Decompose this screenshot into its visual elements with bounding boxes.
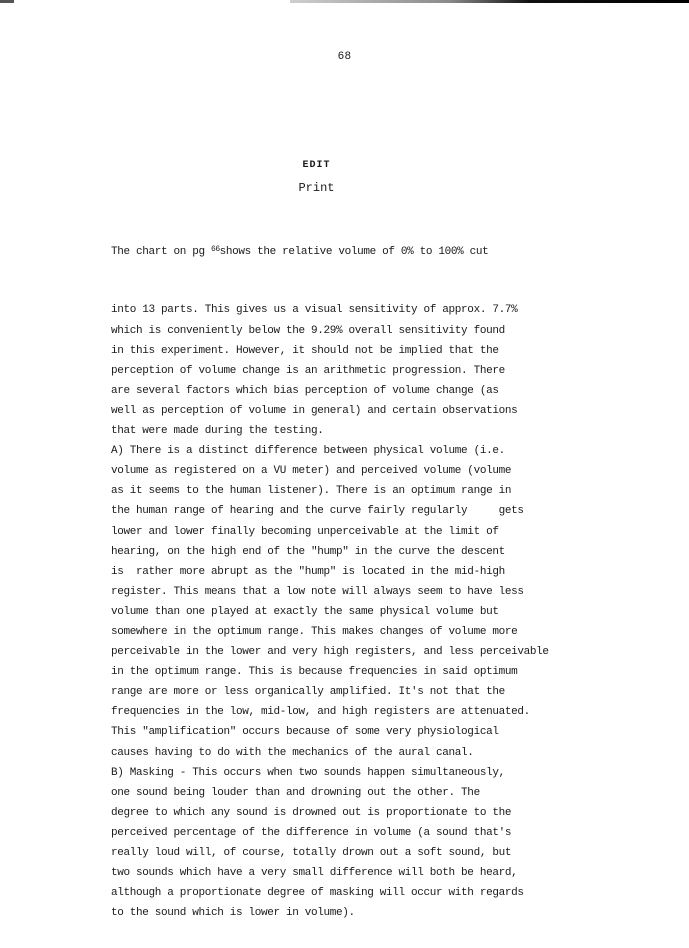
- text-line: really loud will, of course, totally dro…: [111, 843, 581, 863]
- scan-edge-line: [290, 0, 689, 3]
- text-line: frequencies in the low, mid-low, and hig…: [111, 702, 581, 722]
- text-line: into 13 parts. This gives us a visual se…: [111, 300, 581, 320]
- text-line: A) There is a distinct difference betwee…: [111, 441, 581, 461]
- text-line: The chart on pg 66shows the relative vol…: [111, 240, 581, 260]
- text-line: perception of volume change is an arithm…: [111, 361, 581, 381]
- text-line: somewhere in the optimum range. This mak…: [111, 622, 581, 642]
- heading-edit: EDIT: [0, 160, 633, 171]
- text-fragment: The chart on pg: [111, 246, 211, 258]
- text-line: volume as registered on a VU meter) and …: [111, 461, 581, 481]
- text-line: the human range of hearing and the curve…: [111, 501, 581, 521]
- text-line: two sounds which have a very small diffe…: [111, 863, 581, 883]
- text-line: in the optimum range. This is because fr…: [111, 662, 581, 682]
- text-line: to the sound which is lower in volume).: [111, 903, 581, 923]
- text-line: causes having to do with the mechanics o…: [111, 743, 581, 763]
- text-line: one sound being louder than and drowning…: [111, 783, 581, 803]
- text-line: register. This means that a low note wil…: [111, 582, 581, 602]
- text-lines: into 13 parts. This gives us a visual se…: [111, 300, 581, 923]
- heading-print: Print: [0, 181, 633, 195]
- text-line: as it seems to the human listener). Ther…: [111, 481, 581, 501]
- text-line: well as perception of volume in general)…: [111, 401, 581, 421]
- text-line: This "amplification" occurs because of s…: [111, 722, 581, 742]
- text-line: although a proportionate degree of maski…: [111, 883, 581, 903]
- text-line: degree to which any sound is drowned out…: [111, 803, 581, 823]
- text-line: hearing, on the high end of the "hump" i…: [111, 542, 581, 562]
- page-number: 68: [0, 51, 689, 63]
- text-line: perceivable in the lower and very high r…: [111, 642, 581, 662]
- text-line: which is conveniently below the 9.29% ov…: [111, 321, 581, 341]
- page-reference: 66: [211, 245, 220, 254]
- text-line: lower and lower finally becoming unperce…: [111, 522, 581, 542]
- text-line: in this experiment. However, it should n…: [111, 341, 581, 361]
- text-line: are several factors which bias perceptio…: [111, 381, 581, 401]
- scan-edge-mark: [0, 0, 14, 3]
- text-line: is rather more abrupt as the "hump" is l…: [111, 562, 581, 582]
- text-line: range are more or less organically ampli…: [111, 682, 581, 702]
- text-line: perceived percentage of the difference i…: [111, 823, 581, 843]
- text-fragment: shows the relative volume of 0% to 100% …: [220, 246, 489, 258]
- body-text: The chart on pg 66shows the relative vol…: [111, 200, 581, 943]
- text-line: volume than one played at exactly the sa…: [111, 602, 581, 622]
- text-line: that were made during the testing.: [111, 421, 581, 441]
- text-line: B) Masking - This occurs when two sounds…: [111, 763, 581, 783]
